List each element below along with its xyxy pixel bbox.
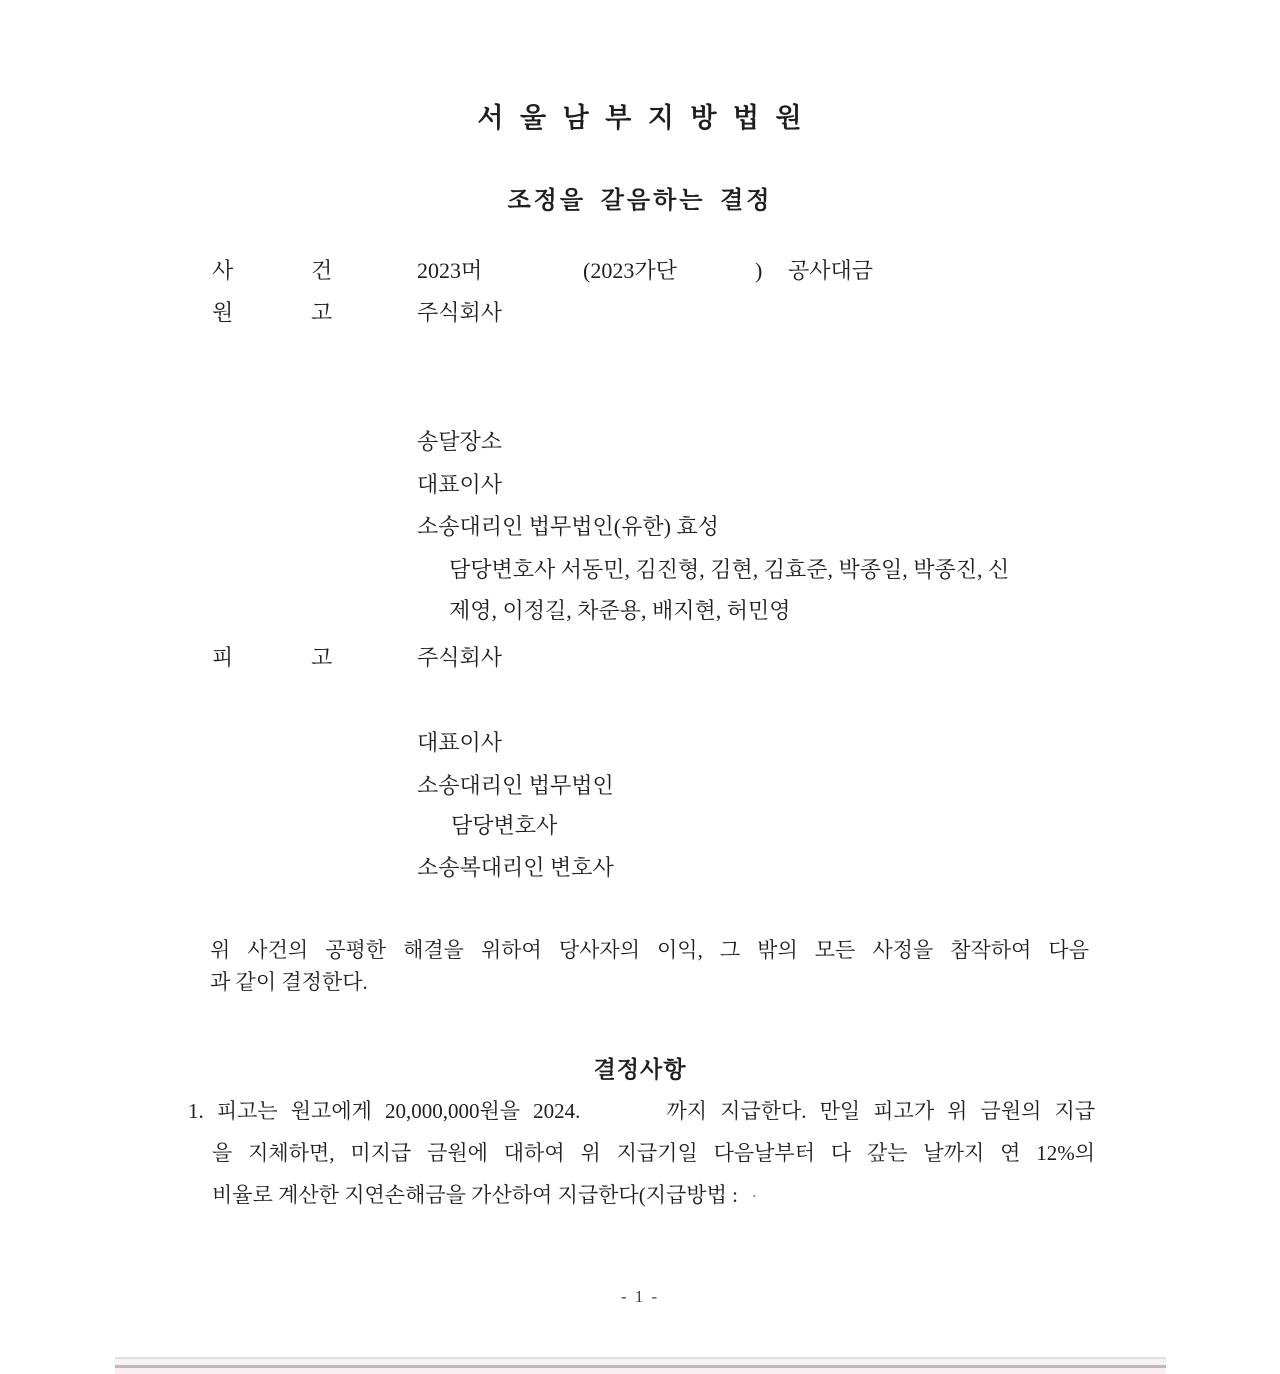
intro-paragraph: 위 사건의 공평한 해결을 위하여 당사자의 이익, 그 밖의 모든 사정을 참… <box>210 934 1089 998</box>
case-number-sub: (2023가단 <box>583 257 677 285</box>
next-page-top-area <box>115 1368 1166 1374</box>
plaintiff-ceo-label: 대표이사 <box>417 471 502 499</box>
defendant-sub-counsel: 소송복대리인 변호사 <box>417 854 614 882</box>
court-name-title: 서 울 남 부 지 방 법 원 <box>0 96 1280 135</box>
decision-item-1-line1-before-redaction: 피고는 원고에게 20,000,000원을 2024. <box>217 1099 581 1123</box>
plaintiff-label-char2: 고 <box>311 299 332 327</box>
defendant-counsel: 소송대리인 법무법인 <box>417 772 614 800</box>
case-label-char2: 건 <box>311 257 332 285</box>
defendant-ceo-label: 대표이사 <box>417 729 502 757</box>
decision-item-1-number: 1. <box>188 1099 204 1123</box>
defendant-name: 주식회사 <box>417 644 502 672</box>
decision-item-1-line2: 을 지체하면, 미지급 금원에 대하여 위 지급기일 다음날부터 다 갚는 날까… <box>212 1132 1095 1174</box>
case-name: 공사대금 <box>788 257 873 285</box>
redacted-date-gap <box>593 1117 653 1118</box>
decision-item-1-line3-text: 비율로 계산한 지연손해금을 가산하여 지급한다(지급방법 : <box>212 1183 738 1207</box>
page-number: - 1 - <box>0 1287 1280 1307</box>
decision-item-1-line1-after-redaction: 까지 지급한다. 만일 피고가 위 금원의 지급 <box>667 1099 1096 1123</box>
case-label-char1: 사 <box>212 257 233 285</box>
plaintiff-attorneys-line1: 담당변호사 서동민, 김진형, 김현, 김효준, 박종일, 박종진, 신 <box>449 556 1009 584</box>
redacted-payment-method-mark: · <box>751 1186 757 1206</box>
decision-item-1-line1: 1. 피고는 원고에게 20,000,000원을 2024. 까지 지급한다. … <box>188 1090 1095 1132</box>
document-title: 조정을 갈음하는 결정 <box>0 180 1280 215</box>
decision-item-1: 1. 피고는 원고에게 20,000,000원을 2024. 까지 지급한다. … <box>188 1090 1095 1217</box>
defendant-label-char2: 고 <box>311 644 332 672</box>
decision-item-1-line3: 비율로 계산한 지연손해금을 가산하여 지급한다(지급방법 : · <box>212 1174 1095 1217</box>
intro-line1: 위 사건의 공평한 해결을 위하여 당사자의 이익, 그 밖의 모든 사정을 참… <box>210 934 1089 966</box>
defendant-attorney-label: 담당변호사 <box>451 812 557 840</box>
intro-line2: 과 같이 결정한다. <box>210 966 1089 998</box>
defendant-label-char1: 피 <box>212 644 233 672</box>
plaintiff-counsel: 소송대리인 법무법인(유한) 효성 <box>417 513 719 541</box>
case-number-sub-close: ) <box>755 257 762 285</box>
decision-heading: 결정사항 <box>0 1051 1280 1084</box>
court-decision-page: 서 울 남 부 지 방 법 원 조정을 갈음하는 결정 사 건 2023머 (2… <box>0 0 1280 1374</box>
next-page-boundary-strip <box>115 1357 1166 1374</box>
plaintiff-service-address-label: 송달장소 <box>417 428 502 456</box>
plaintiff-label-char1: 원 <box>212 299 233 327</box>
plaintiff-attorneys-line2: 제영, 이정길, 차준용, 배지현, 허민영 <box>449 597 791 625</box>
case-number: 2023머 <box>417 257 482 285</box>
plaintiff-name: 주식회사 <box>417 299 502 327</box>
